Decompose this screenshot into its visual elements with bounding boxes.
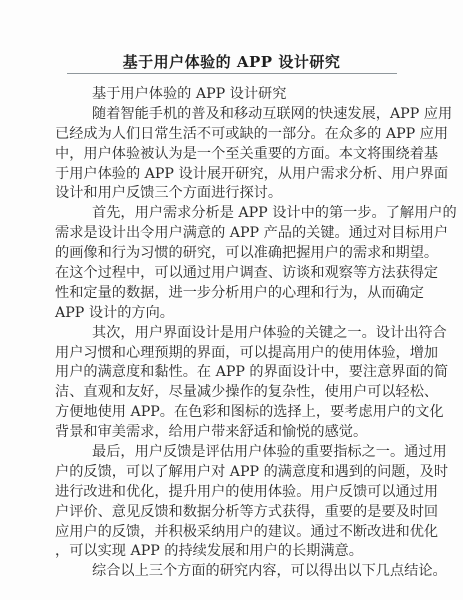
paragraph-line: 洁、直观和友好，尽量减少操作的复杂性，使用户可以轻松、: [55, 383, 411, 403]
paragraph-line: 进行改进和优化，提升用户的使用体验。用户反馈可以通过用: [55, 483, 411, 503]
paragraph-line: 已经成为人们日常生活不可或缺的一部分。在众多的 APP 应用: [55, 125, 411, 145]
paragraph-line: APP 设计的方向。: [55, 304, 411, 324]
paragraph-line: 用户习惯和心理预期的界面，可以提高用户的使用体验，增加: [55, 344, 411, 364]
paragraph-line: 的画像和行为习惯的研究，可以准确把握用户的需求和期望。: [55, 244, 411, 264]
paragraph-line: ，可以实现 APP 的持续发展和用户的长期满意。: [55, 542, 411, 562]
paragraph-line: 背景和审美需求，给用户带来舒适和愉悦的感觉。: [55, 423, 411, 443]
document-page: 基于用户体验的 APP 设计研究 基于用户体验的 APP 设计研究随着智能手机的…: [0, 0, 463, 600]
paragraph-line: 户评价、意见反馈和数据分析等方式获得，重要的是要及时回: [55, 503, 411, 523]
paragraph-line: 中，用户体验被认为是一个至关重要的方面。本文将围绕着基: [55, 145, 411, 165]
paragraph-line: 性和定量的数据，进一步分析用户的心理和行为，从而确定: [55, 284, 411, 304]
title-divider: [67, 73, 397, 74]
paragraph-first-line: 其次，用户界面设计是用户体验的关键之一。设计出符合: [55, 324, 411, 344]
paragraph-line: 需求是设计出令用户满意的 APP 产品的关键。通过对目标用户: [55, 224, 411, 244]
paragraph-line: 设计和用户反馈三个方面进行探讨。: [55, 184, 411, 204]
paragraph-line: 于用户体验的 APP 设计展开研究，从用户需求分析、用户界面: [55, 165, 411, 185]
paragraph-line: 户的反馈，可以了解用户对 APP 的满意度和遇到的问题，及时: [55, 463, 411, 483]
paragraph-line: 在这个过程中，可以通过用户调查、访谈和观察等方法获得定: [55, 264, 411, 284]
paragraph-first-line: 随着智能手机的普及和移动互联网的快速发展，APP 应用: [55, 105, 411, 125]
paragraph-line: 应用户的反馈，并积极采纳用户的建议。通过不断改进和优化: [55, 523, 411, 543]
paragraph-first-line: 最后，用户反馈是评估用户体验的重要指标之一。通过用: [55, 443, 411, 463]
paragraph-line: 用户的满意度和黏性。在 APP 的界面设计中，要注意界面的简: [55, 363, 411, 383]
paragraph-line: 方便地使用 APP。在色彩和图标的选择上，要考虑用户的文化: [55, 403, 411, 423]
document-title: 基于用户体验的 APP 设计研究: [0, 52, 463, 72]
paragraph-first-line: 首先，用户需求分析是 APP 设计中的第一步。了解用户的: [55, 204, 411, 224]
paragraph-first-line: 综合以上三个方面的研究内容，可以得出以下几点结论。: [55, 562, 411, 582]
paragraph-first-line: 基于用户体验的 APP 设计研究: [55, 85, 411, 105]
document-body: 基于用户体验的 APP 设计研究随着智能手机的普及和移动互联网的快速发展，APP…: [55, 85, 411, 582]
